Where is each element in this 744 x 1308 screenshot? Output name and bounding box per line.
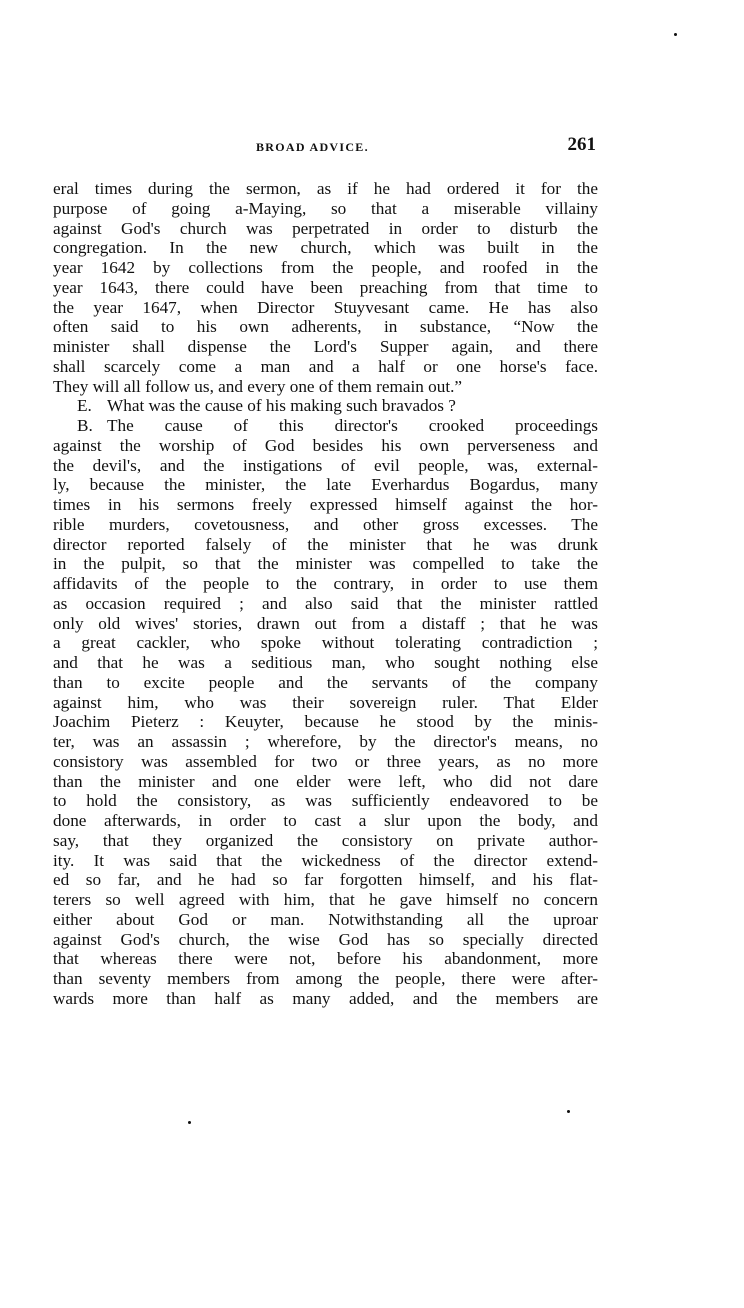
scan-speck xyxy=(674,33,677,36)
text-line: against God's church, the wise God has s… xyxy=(53,930,598,950)
text-line: only old wives' stories, drawn out from … xyxy=(53,614,598,634)
text-line: eral times during the sermon, as if he h… xyxy=(53,179,598,199)
running-head: BROAD ADVICE. 261 xyxy=(53,134,598,158)
speaker-label: E. xyxy=(77,396,107,416)
running-title: BROAD ADVICE. xyxy=(256,140,369,155)
text-line: done afterwards, in order to cast a slur… xyxy=(53,811,598,831)
dialogue-text: What was the cause of his making such br… xyxy=(107,396,456,415)
text-line: against him, who was their sovereign rul… xyxy=(53,693,598,713)
speaker-label: B. xyxy=(77,416,107,436)
text-line: congregation. In the new church, which w… xyxy=(53,238,598,258)
text-line: times in his sermons freely expressed hi… xyxy=(53,495,598,515)
text-line: in the pulpit, so that the minister was … xyxy=(53,554,598,574)
text-line: wards more than half as many added, and … xyxy=(53,989,598,1009)
text-line: than to excite people and the servants o… xyxy=(53,673,598,693)
text-line: director reported falsely of the ministe… xyxy=(53,535,598,555)
text-line: ter, was an assassin ; wherefore, by the… xyxy=(53,732,598,752)
text-line: ly, because the minister, the late Everh… xyxy=(53,475,598,495)
text-line: as occasion required ; and also said tha… xyxy=(53,594,598,614)
text-line: year 1642 by collections from the people… xyxy=(53,258,598,278)
text-line: often said to his own adherents, in subs… xyxy=(53,317,598,337)
text-line: purpose of going a-Maying, so that a mis… xyxy=(53,199,598,219)
text-line: to hold the consistory, as was sufficien… xyxy=(53,791,598,811)
text-line: either about God or man. Notwithstanding… xyxy=(53,910,598,930)
body-text: eral times during the sermon, as if he h… xyxy=(53,179,598,1009)
text-line: than seventy members from among the peop… xyxy=(53,969,598,989)
text-line: affidavits of the people to the contrary… xyxy=(53,574,598,594)
dialogue-line-answer: B.The cause of this director's crooked p… xyxy=(53,416,598,436)
text-line: say, that they organized the consistory … xyxy=(53,831,598,851)
scan-speck xyxy=(188,1121,191,1124)
text-line: terers so well agreed with him, that he … xyxy=(53,890,598,910)
text-line: and that he was a seditious man, who sou… xyxy=(53,653,598,673)
text-line: year 1643, there could have been preachi… xyxy=(53,278,598,298)
dialogue-line-question: E.What was the cause of his making such … xyxy=(53,396,598,416)
text-line: against God's church was perpetrated in … xyxy=(53,219,598,239)
page-number: 261 xyxy=(568,134,597,156)
dialogue-text: The cause of this director's crooked pro… xyxy=(107,416,598,436)
text-line: shall scarcely come a man and a half or … xyxy=(53,357,598,377)
text-line: that whereas there were not, before his … xyxy=(53,949,598,969)
book-page: BROAD ADVICE. 261 eral times during the … xyxy=(0,0,744,1308)
text-line: minister shall dispense the Lord's Suppe… xyxy=(53,337,598,357)
text-line: consistory was assembled for two or thre… xyxy=(53,752,598,772)
text-line: Joachim Pieterz : Keuyter, because he st… xyxy=(53,712,598,732)
text-line: a great cackler, who spoke without toler… xyxy=(53,633,598,653)
text-line: than the minister and one elder were lef… xyxy=(53,772,598,792)
text-line: ed so far, and he had so far forgotten h… xyxy=(53,870,598,890)
text-line: the year 1647, when Director Stuyvesant … xyxy=(53,298,598,318)
scan-speck xyxy=(567,1110,570,1113)
text-line: against the worship of God besides his o… xyxy=(53,436,598,456)
text-line: They will all follow us, and every one o… xyxy=(53,377,598,397)
text-line: the devil's, and the instigations of evi… xyxy=(53,456,598,476)
text-line: rible murders, covetousness, and other g… xyxy=(53,515,598,535)
text-line: ity. It was said that the wickedness of … xyxy=(53,851,598,871)
